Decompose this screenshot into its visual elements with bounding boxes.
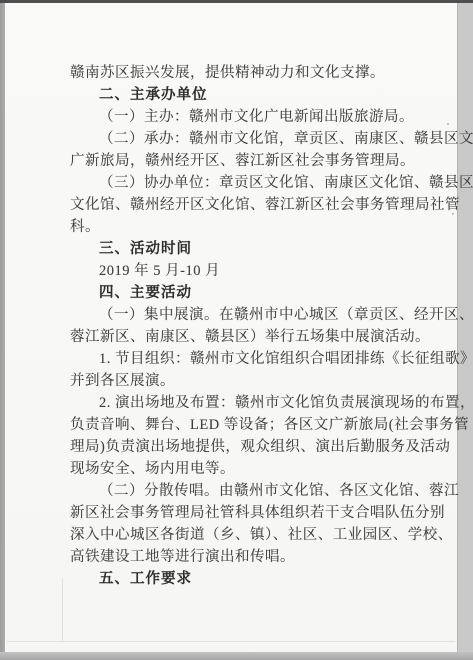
text-line: 并到各区展演。 (70, 370, 430, 392)
text-line: 负责音响、舞台、LED 等设备；各区文广新旅局(社会事务管 (70, 414, 430, 436)
scan-crease-vertical (62, 578, 63, 642)
text-line: （二）分散传唱。由赣州市文化馆、各区文化馆、蓉江 (70, 480, 430, 502)
scan-crease-horizontal (7, 641, 455, 642)
section-heading: 三、活动时间 (70, 238, 430, 260)
text-line: 科。 (70, 216, 430, 238)
scan-speck (445, 446, 448, 448)
scanned-document: 赣南苏区振兴发展，提供精神动力和文化支撑。 二、主承办单位 （一）主办：赣州市文… (0, 0, 473, 660)
text-line: 深入中心城区各街道（乡、镇）、社区、工业园区、学校、 (70, 524, 430, 546)
paper-sheet: 赣南苏区振兴发展，提供精神动力和文化支撑。 二、主承办单位 （一）主办：赣州市文… (5, 3, 457, 653)
scan-speck (447, 123, 449, 125)
text-line: （一）主办：赣州市文化广电新闻出版旅游局。 (70, 106, 430, 128)
scan-speck (452, 213, 454, 215)
scanner-edge-bottom (0, 652, 473, 660)
text-line: 理局)负责演出场地提供，观众组织、演出后勤服务及活动 (70, 436, 430, 458)
section-heading: 五、工作要求 (70, 568, 430, 590)
text-line: 新区社会事务管理局社管科具体组织若干支合唱队伍分别 (70, 502, 430, 524)
section-heading: 四、主要活动 (70, 282, 430, 304)
text-line: （三）协办单位：章贡区文化馆、南康区文化馆、赣县区 (70, 172, 430, 194)
text-line: （一）集中展演。在赣州市中心城区（章贡区、经开区、 (70, 304, 430, 326)
text-line: 现场安全、场内用电等。 (70, 458, 430, 480)
section-heading: 二、主承办单位 (70, 84, 430, 106)
text-line: 1. 节目组织：赣州市文化馆组织合唱团排练《长征组歌》 (70, 348, 430, 370)
scanner-edge-top (0, 0, 473, 3)
text-line: （二）承办：赣州市文化馆，章贡区、南康区、赣县区文 (70, 128, 430, 150)
text-line: 蓉江新区、南康区、赣县区）举行五场集中展演活动。 (70, 326, 430, 348)
document-text-block: 赣南苏区振兴发展，提供精神动力和文化支撑。 二、主承办单位 （一）主办：赣州市文… (70, 62, 430, 590)
text-line: 2019 年 5 月-10 月 (70, 260, 430, 282)
text-line: 广新旅局，赣州经开区、蓉江新区社会事务管理局。 (70, 150, 430, 172)
scanner-edge-left (0, 0, 5, 660)
text-line: 赣南苏区振兴发展，提供精神动力和文化支撑。 (70, 62, 430, 84)
text-line: 2. 演出场地及布置：赣州市文化馆负责展演现场的布置， (70, 392, 430, 414)
text-line: 文化馆、赣州经开区文化馆、蓉江新区社会事务管理局社管 (70, 194, 430, 216)
text-line: 高铁建设工地等进行演出和传唱。 (70, 546, 430, 568)
